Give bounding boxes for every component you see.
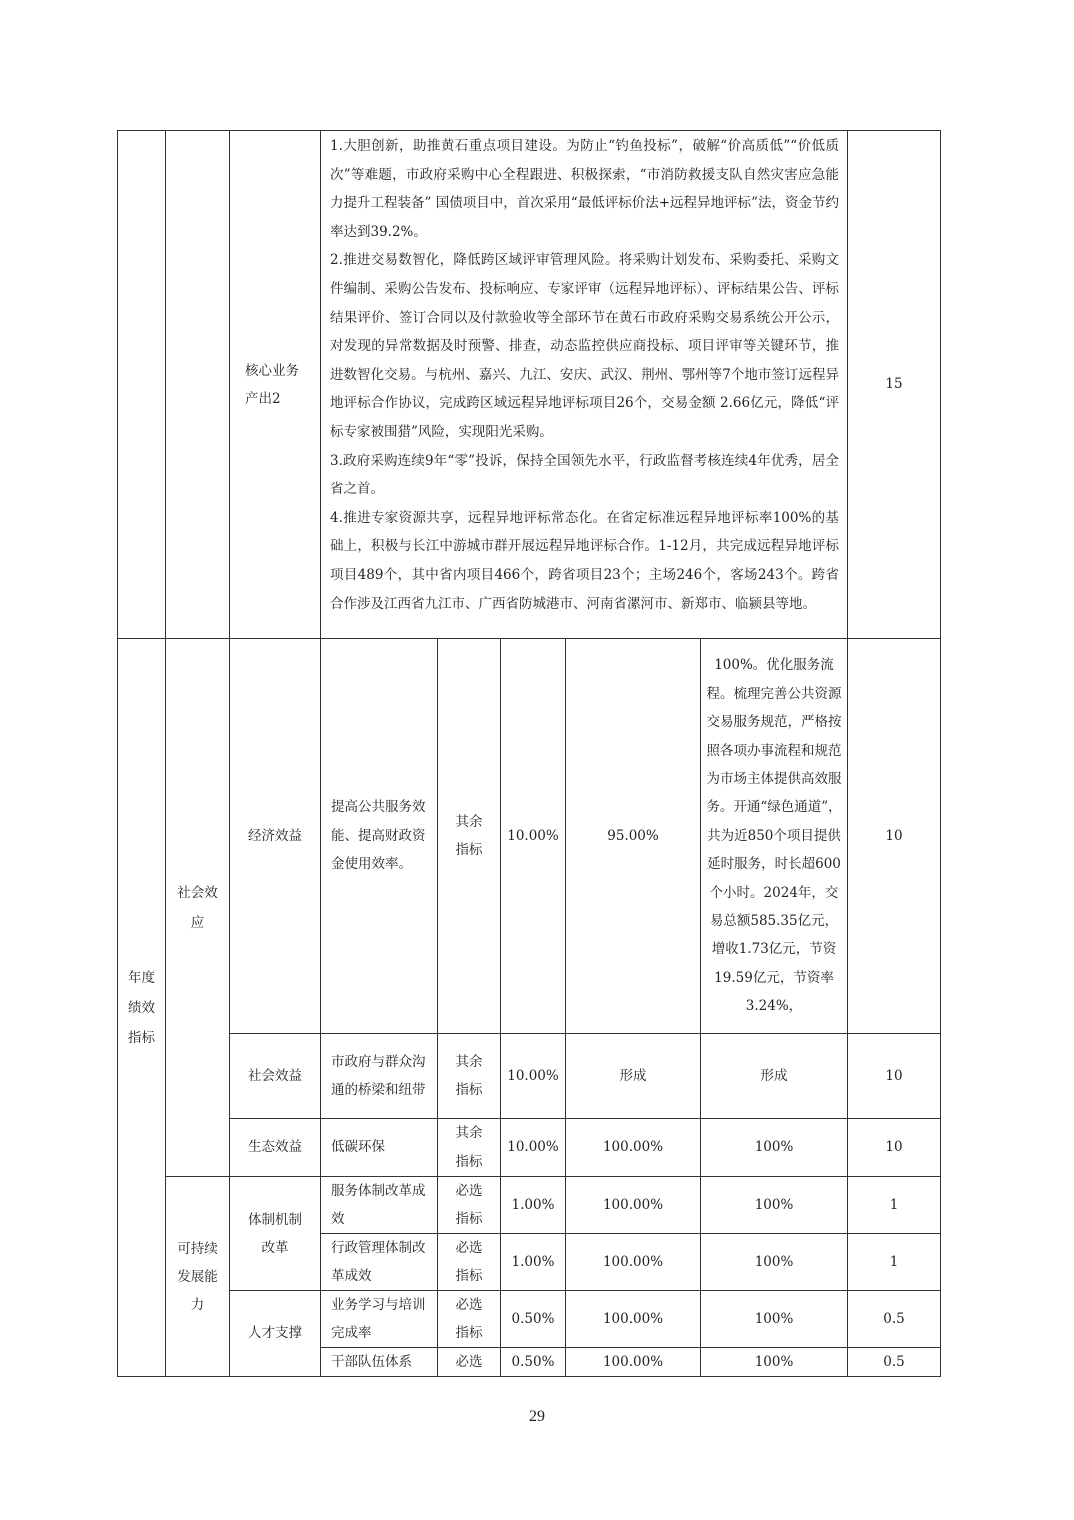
row-ecological-type: 其余指标 <box>437 1118 501 1177</box>
row-social-indicator: 市政府与群众沟通的桥梁和纽带 <box>320 1033 438 1119</box>
core-output-paragraph-1: 1.大胆创新，助推黄石重点项目建设。为防止“钓鱼投标”，破解“价高质低”“价低质… <box>330 132 839 246</box>
row-ecological-score-text: 10 <box>885 1133 902 1162</box>
row-training-actual-text: 100% <box>755 1305 794 1334</box>
row-economic-actual: 100%。优化服务流程。梳理完善公共资源交易服务规范，严格按照各项办事流程和规范… <box>700 638 848 1034</box>
group-sustainable-text: 可持续发展能力 <box>176 1235 220 1319</box>
row-economic-sub: 经济效益 <box>229 638 321 1034</box>
row-economic-type: 其余指标 <box>437 638 501 1034</box>
row-training-weight: 0.50% <box>500 1290 566 1348</box>
group-sustainable-label: 可持续发展能力 <box>165 1176 230 1377</box>
row-training-type-text: 必选指标 <box>454 1291 484 1347</box>
row-cadre-score: 0.5 <box>847 1347 941 1377</box>
core-output-description: 1.大胆创新，助推黄石重点项目建设。为防止“钓鱼投标”，破解“价高质低”“价低质… <box>320 130 848 639</box>
row-service-reform-actual-text: 100% <box>755 1191 794 1220</box>
core-output-score: 15 <box>847 130 941 639</box>
row-admin-reform-indicator: 行政管理体制改革成效 <box>320 1233 438 1291</box>
row-cadre-weight: 0.50% <box>500 1347 566 1377</box>
row-cadre-type-text: 必选 <box>456 1348 483 1377</box>
row-ecological-type-text: 其余指标 <box>454 1119 484 1176</box>
row-cadre-actual: 100% <box>700 1347 848 1377</box>
core-output-category: 核心业务产出2 <box>229 130 321 639</box>
row-economic-weight: 10.00% <box>500 638 566 1034</box>
row-training-score-text: 0.5 <box>883 1305 904 1334</box>
row-ecological-indicator: 低碳环保 <box>320 1118 438 1177</box>
row-cadre-indicator-text: 干部队伍体系 <box>321 1348 418 1377</box>
row-service-reform-indicator-text: 服务体制改革成效 <box>321 1177 437 1233</box>
row-cadre-target-text: 100.00% <box>603 1348 663 1377</box>
row-economic-sub-text: 经济效益 <box>248 822 302 851</box>
row-ecological-sub: 生态效益 <box>229 1118 321 1177</box>
row-training-target: 100.00% <box>565 1290 701 1348</box>
row-admin-reform-type-text: 必选指标 <box>454 1234 484 1290</box>
row-admin-reform-weight-text: 1.00% <box>512 1248 555 1277</box>
row-admin-reform-actual-text: 100% <box>755 1248 794 1277</box>
row-service-reform-target: 100.00% <box>565 1176 701 1234</box>
row-cadre-type: 必选 <box>437 1347 501 1377</box>
row-economic-score: 10 <box>847 638 941 1034</box>
row-social-sub: 社会效益 <box>229 1033 321 1119</box>
row-social-sub-text: 社会效益 <box>248 1062 302 1091</box>
subgroup-institutional-reform: 体制机制改革 <box>229 1176 321 1291</box>
row-social-score: 10 <box>847 1033 941 1119</box>
core-output-paragraph-3: 3.政府采购连续9年“零”投诉，保持全国领先水平，行政监督考核连续4年优秀，居全… <box>330 447 839 504</box>
page-number: 29 <box>0 1408 1074 1426</box>
row-ecological-weight-text: 10.00% <box>507 1133 558 1162</box>
row-ecological-indicator-text: 低碳环保 <box>321 1133 391 1162</box>
row-training-type: 必选指标 <box>437 1290 501 1348</box>
row-training-target-text: 100.00% <box>603 1305 663 1334</box>
core-output-category-text: 核心业务产出2 <box>239 357 311 413</box>
subgroup-talent-support: 人才支撑 <box>229 1290 321 1377</box>
row-cadre-indicator: 干部队伍体系 <box>320 1347 438 1377</box>
row-ecological-weight: 10.00% <box>500 1118 566 1177</box>
row-cadre-actual-text: 100% <box>755 1348 794 1377</box>
row-social-target: 形成 <box>565 1033 701 1119</box>
row-service-reform-type-text: 必选指标 <box>454 1177 484 1233</box>
row-admin-reform-type: 必选指标 <box>437 1233 501 1291</box>
row-admin-reform-target-text: 100.00% <box>603 1248 663 1277</box>
row-economic-target-text: 95.00% <box>607 822 658 851</box>
row-economic-indicator-text: 提高公共服务效能、提高财政资金使用效率。 <box>321 793 437 879</box>
row-admin-reform-actual: 100% <box>700 1233 848 1291</box>
row-economic-actual-text: 100%。优化服务流程。梳理完善公共资源交易服务规范，严格按照各项办事流程和规范… <box>701 651 847 1020</box>
row-training-score: 0.5 <box>847 1290 941 1348</box>
row-service-reform-indicator: 服务体制改革成效 <box>320 1176 438 1234</box>
annual-indicators-label-text: 年度绩效指标 <box>127 963 157 1053</box>
row-social-weight: 10.00% <box>500 1033 566 1119</box>
row-training-weight-text: 0.50% <box>512 1305 555 1334</box>
document-page: 核心业务产出2 1.大胆创新，助推黄石重点项目建设。为防止“钓鱼投标”，破解“价… <box>0 0 1074 1520</box>
row-ecological-sub-text: 生态效益 <box>248 1133 302 1162</box>
row-service-reform-weight: 1.00% <box>500 1176 566 1234</box>
group-social-effect-text: 社会效应 <box>176 878 220 938</box>
row-training-actual: 100% <box>700 1290 848 1348</box>
row-service-reform-weight-text: 1.00% <box>512 1191 555 1220</box>
col2-empty-top <box>165 130 230 639</box>
row-economic-indicator: 提高公共服务效能、提高财政资金使用效率。 <box>320 638 438 1034</box>
row-training-indicator: 业务学习与培训完成率 <box>320 1290 438 1348</box>
row-cadre-score-text: 0.5 <box>883 1348 904 1377</box>
subgroup-talent-support-text: 人才支撑 <box>248 1319 302 1348</box>
row-social-weight-text: 10.00% <box>507 1062 558 1091</box>
row-service-reform-type: 必选指标 <box>437 1176 501 1234</box>
row-ecological-score: 10 <box>847 1118 941 1177</box>
row-economic-type-text: 其余指标 <box>454 808 484 865</box>
annual-indicators-label: 年度绩效指标 <box>117 638 166 1377</box>
row-service-reform-score-text: 1 <box>890 1191 899 1220</box>
row-social-score-text: 10 <box>885 1062 902 1091</box>
row-admin-reform-target: 100.00% <box>565 1233 701 1291</box>
row-training-indicator-text: 业务学习与培训完成率 <box>321 1291 437 1347</box>
group-social-effect-label: 社会效应 <box>165 638 230 1177</box>
row-admin-reform-indicator-text: 行政管理体制改革成效 <box>321 1234 437 1290</box>
row-ecological-actual-text: 100% <box>755 1133 794 1162</box>
row-social-actual: 形成 <box>700 1033 848 1119</box>
row-social-type-text: 其余指标 <box>454 1048 484 1105</box>
core-output-paragraph-2: 2.推进交易数智化，降低跨区域评审管理风险。将采购计划发布、采购委托、采购文件编… <box>330 246 839 446</box>
row-social-target-text: 形成 <box>620 1062 647 1091</box>
row-social-actual-text: 形成 <box>761 1062 788 1091</box>
core-output-score-value: 15 <box>885 370 902 399</box>
row-cadre-target: 100.00% <box>565 1347 701 1377</box>
core-output-paragraph-4: 4.推进专家资源共享，远程异地评标常态化。在省定标准远程异地评标率100%的基础… <box>330 504 839 618</box>
row-economic-weight-text: 10.00% <box>507 822 558 851</box>
row-ecological-target-text: 100.00% <box>603 1133 663 1162</box>
row-social-type: 其余指标 <box>437 1033 501 1119</box>
row-admin-reform-score: 1 <box>847 1233 941 1291</box>
row-service-reform-actual: 100% <box>700 1176 848 1234</box>
row-admin-reform-weight: 1.00% <box>500 1233 566 1291</box>
col1-empty-top <box>117 130 166 639</box>
subgroup-institutional-reform-text: 体制机制改革 <box>245 1206 305 1262</box>
row-social-indicator-text: 市政府与群众沟通的桥梁和纽带 <box>321 1048 437 1104</box>
row-economic-target: 95.00% <box>565 638 701 1034</box>
row-service-reform-score: 1 <box>847 1176 941 1234</box>
row-economic-score-text: 10 <box>885 822 902 851</box>
row-admin-reform-score-text: 1 <box>890 1248 899 1277</box>
row-cadre-weight-text: 0.50% <box>512 1348 555 1377</box>
row-ecological-actual: 100% <box>700 1118 848 1177</box>
row-ecological-target: 100.00% <box>565 1118 701 1177</box>
row-service-reform-target-text: 100.00% <box>603 1191 663 1220</box>
